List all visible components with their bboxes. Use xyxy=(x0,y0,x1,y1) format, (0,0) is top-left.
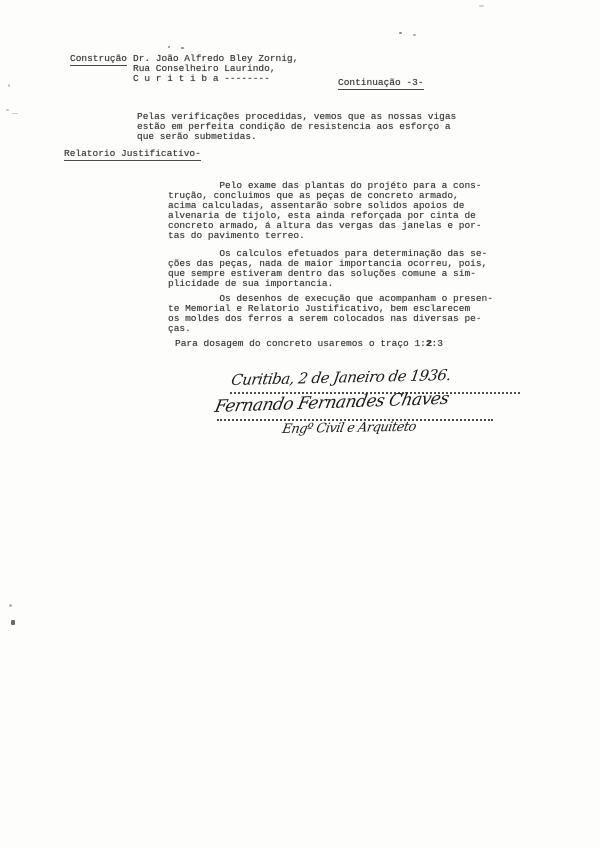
scan-speck xyxy=(479,5,484,7)
construction-margin-label: Construção xyxy=(70,54,127,64)
paragraph-plantas: Pelo exame das plantas do projéto para a… xyxy=(168,181,482,240)
dosage-suffix: :3 xyxy=(432,338,443,349)
paragraph-calculos: Os calculos efetuados para determinação … xyxy=(168,249,487,289)
scan-speck xyxy=(6,109,9,111)
recipient-city: C u r i t i b a -------- xyxy=(133,73,270,84)
section-heading: Relatorio Justificativo- xyxy=(64,149,201,159)
dosage-line: Para dosagem do concreto usaremos o traç… xyxy=(175,339,443,349)
scan-speck xyxy=(181,47,184,49)
scan-speck xyxy=(168,46,170,48)
scan-speck xyxy=(399,32,402,34)
scan-speck xyxy=(9,604,12,607)
continuation-label: Continuação -3- xyxy=(338,78,424,88)
handwritten-date-line: Curitiba, 2 de Janeiro de 1936. xyxy=(230,366,452,389)
scanned-document-page: Construção Dr. João Alfredo Bley Zornig,… xyxy=(0,0,600,849)
recipient-address: Dr. João Alfredo Bley Zornig, Rua Consel… xyxy=(133,54,298,84)
continuation-text: Continuação -3- xyxy=(338,77,424,90)
scan-speck xyxy=(413,34,416,36)
scan-speck xyxy=(11,620,15,625)
handwritten-professional-title: Engº Civil e Arquiteto xyxy=(281,420,417,437)
dosage-prefix: Para dosagem do concreto usaremos o traç… xyxy=(175,338,426,349)
scan-speck xyxy=(8,84,10,87)
construction-label-text: Construção xyxy=(70,53,127,66)
section-heading-text: Relatorio Justificativo- xyxy=(64,148,201,161)
paragraph-desenhos: Os desenhos de execução que acompanham o… xyxy=(168,294,493,334)
intro-paragraph: Pelas verificações procedidas, vemos que… xyxy=(137,112,456,142)
scan-speck xyxy=(12,113,18,114)
